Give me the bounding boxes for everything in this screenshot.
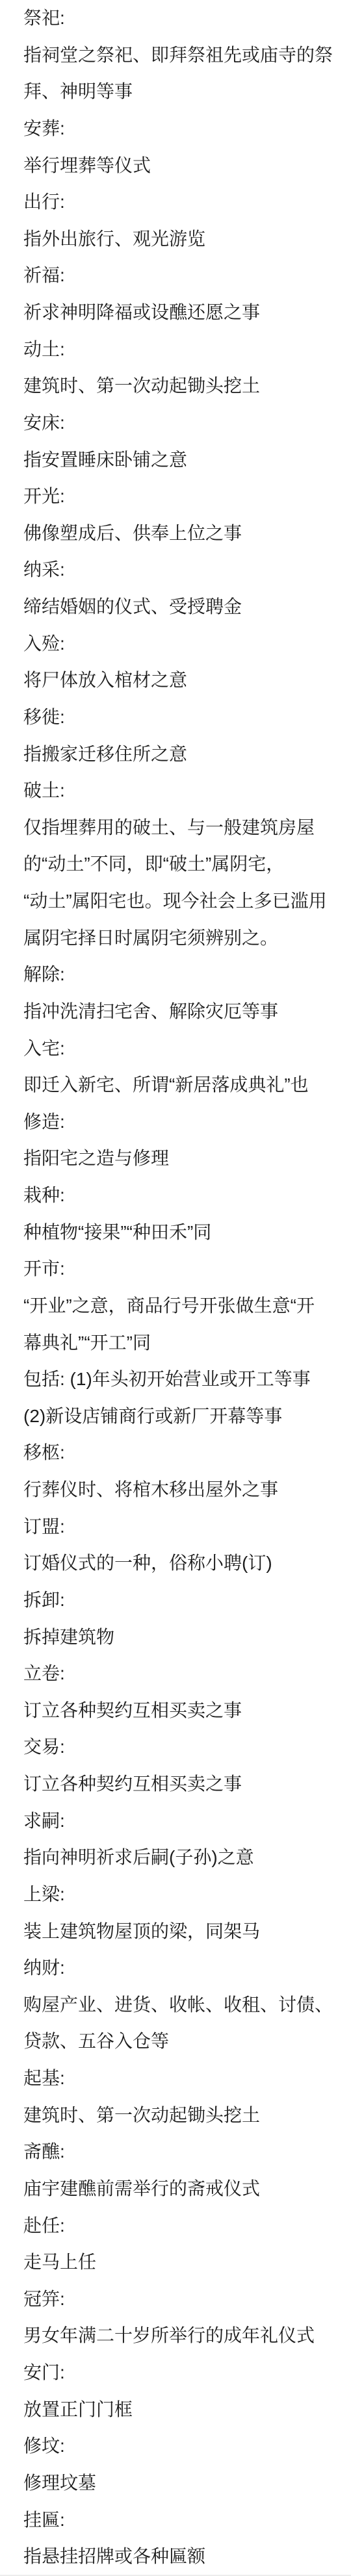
glossary-definition-line: 即迁入新宅、所谓“新居落成典礼”也 bbox=[0, 1067, 351, 1104]
glossary-entry: 移徙:指搬家迁移住所之意 bbox=[0, 699, 351, 772]
glossary-term: 冠笄: bbox=[0, 2281, 351, 2318]
glossary-definition-line: 仅指埋葬用的破土、与一般建筑房屋 bbox=[0, 810, 351, 847]
glossary-term: 求嗣: bbox=[0, 1803, 351, 1840]
glossary-term: 上梁: bbox=[0, 1876, 351, 1913]
glossary-definition-line: 指安置睡床卧铺之意 bbox=[0, 442, 351, 479]
glossary-definition-line: 指冲洗清扫宅舍、解除灾厄等事 bbox=[0, 993, 351, 1030]
glossary-term: 移徙: bbox=[0, 699, 351, 736]
glossary-definition-line: 行葬仪时、将棺木移出屋外之事 bbox=[0, 1472, 351, 1509]
glossary-definition-line: 订立各种契约互相买卖之事 bbox=[0, 1766, 351, 1803]
glossary-entry: 破土:仅指埋葬用的破土、与一般建筑房屋的“动土”不同，即“破土”属阴宅，“动土”… bbox=[0, 772, 351, 956]
glossary-entry: 开市:“开业”之意，商品行号开张做生意“开幕典礼”“开工”同包括: (1)年头初… bbox=[0, 1251, 351, 1435]
glossary-entry: 订盟:订婚仪式的一种，俗称小聘(订) bbox=[0, 1509, 351, 1582]
glossary-entry: 修坟:修理坟墓 bbox=[0, 2428, 351, 2501]
glossary-definition-line: 订立各种契约互相买卖之事 bbox=[0, 1692, 351, 1729]
glossary-definition-line: “开业”之意，商品行号开张做生意“开 bbox=[0, 1288, 351, 1325]
glossary-term: 修造: bbox=[0, 1104, 351, 1141]
glossary-definition-line: 指悬挂招牌或各种匾额 bbox=[0, 2538, 351, 2575]
glossary-definition-line: 拜、神明等事 bbox=[0, 73, 351, 110]
glossary-entry: 祈福:祈求神明降福或设醮还愿之事 bbox=[0, 257, 351, 331]
glossary-term: 安床: bbox=[0, 405, 351, 442]
glossary-definition-line: 的“动土”不同，即“破土”属阴宅， bbox=[0, 846, 351, 883]
glossary-entry: 祭祀:指祠堂之祭祀、即拜祭祖先或庙寺的祭拜、神明等事 bbox=[0, 0, 351, 110]
glossary-entry: 冠笄:男女年满二十岁所举行的成年礼仪式 bbox=[0, 2281, 351, 2354]
glossary-definition-line: 放置正门门框 bbox=[0, 2391, 351, 2429]
glossary-entry: 出行:指外出旅行、观光游览 bbox=[0, 184, 351, 257]
glossary-term: 安葬: bbox=[0, 110, 351, 147]
glossary-definition-line: 指搬家迁移住所之意 bbox=[0, 736, 351, 773]
glossary-definition-line: 佛像塑成后、供奉上位之事 bbox=[0, 515, 351, 552]
glossary-term: 祈福: bbox=[0, 257, 351, 294]
glossary-term: 安门: bbox=[0, 2354, 351, 2391]
glossary-entry: 纳采:缔结婚姻的仪式、受授聘金 bbox=[0, 552, 351, 625]
glossary-entry: 修造:指阳宅之造与修理 bbox=[0, 1104, 351, 1177]
glossary-definition-line: 属阴宅择日时属阴宅须辨别之。 bbox=[0, 920, 351, 957]
glossary-definition-line: 建筑时、第一次动起锄头挖土 bbox=[0, 2097, 351, 2134]
glossary-definition-line: 购屋产业、进货、收帐、收租、讨债、 bbox=[0, 1987, 351, 2024]
glossary-list: 祭祀:指祠堂之祭祀、即拜祭祖先或庙寺的祭拜、神明等事安葬:举行埋葬等仪式出行:指… bbox=[0, 0, 351, 2575]
glossary-entry: 赴任:走马上任 bbox=[0, 2208, 351, 2281]
glossary-entry: 解除:指冲洗清扫宅舍、解除灾厄等事 bbox=[0, 956, 351, 1030]
glossary-entry: 拆卸:拆掉建筑物 bbox=[0, 1582, 351, 1655]
glossary-entry: 入殓:将尸体放入棺材之意 bbox=[0, 626, 351, 699]
glossary-term: 移柩: bbox=[0, 1435, 351, 1472]
glossary-definition-line: 包括: (1)年头初开始营业或开工等事 bbox=[0, 1361, 351, 1398]
glossary-entry: 开光:佛像塑成后、供奉上位之事 bbox=[0, 478, 351, 552]
glossary-definition-line: 装上建筑物屋顶的梁，同架马 bbox=[0, 1913, 351, 1950]
glossary-definition-line: 幕典礼”“开工”同 bbox=[0, 1325, 351, 1362]
glossary-term: 挂匾: bbox=[0, 2502, 351, 2539]
glossary-definition-line: 男女年满二十岁所举行的成年礼仪式 bbox=[0, 2317, 351, 2354]
glossary-definition-line: 建筑时、第一次动起锄头挖土 bbox=[0, 368, 351, 405]
glossary-term: 开光: bbox=[0, 478, 351, 515]
glossary-term: 栽种: bbox=[0, 1177, 351, 1214]
glossary-definition-line: 种植物“接果”“种田禾”同 bbox=[0, 1214, 351, 1251]
glossary-term: 交易: bbox=[0, 1729, 351, 1766]
glossary-entry: 动土:建筑时、第一次动起锄头挖土 bbox=[0, 331, 351, 405]
glossary-entry: 斋醮:庙宇建醮前需举行的斋戒仪式 bbox=[0, 2134, 351, 2207]
glossary-definition-line: 指外出旅行、观光游览 bbox=[0, 221, 351, 258]
glossary-term: 纳财: bbox=[0, 1950, 351, 1987]
glossary-entry: 上梁:装上建筑物屋顶的梁，同架马 bbox=[0, 1876, 351, 1950]
glossary-term: 入殓: bbox=[0, 626, 351, 663]
glossary-entry: 挂匾:指悬挂招牌或各种匾额 bbox=[0, 2502, 351, 2575]
glossary-entry: 入宅:即迁入新宅、所谓“新居落成典礼”也 bbox=[0, 1030, 351, 1104]
glossary-term: 订盟: bbox=[0, 1509, 351, 1546]
glossary-entry: 移柩:行葬仪时、将棺木移出屋外之事 bbox=[0, 1435, 351, 1508]
glossary-term: 开市: bbox=[0, 1251, 351, 1288]
glossary-entry: 安床:指安置睡床卧铺之意 bbox=[0, 405, 351, 478]
glossary-term: 赴任: bbox=[0, 2208, 351, 2245]
glossary-definition-line: 指阳宅之造与修理 bbox=[0, 1140, 351, 1177]
glossary-entry: 立卷:订立各种契约互相买卖之事 bbox=[0, 1655, 351, 1729]
glossary-entry: 安门:放置正门门框 bbox=[0, 2354, 351, 2428]
glossary-term: 起基: bbox=[0, 2060, 351, 2097]
glossary-entry: 求嗣:指向神明祈求后嗣(子孙)之意 bbox=[0, 1803, 351, 1876]
glossary-definition-line: 指向神明祈求后嗣(子孙)之意 bbox=[0, 1839, 351, 1876]
glossary-term: 修坟: bbox=[0, 2428, 351, 2465]
glossary-term: 纳采: bbox=[0, 552, 351, 589]
glossary-definition-line: (2)新设店铺商行或新厂开幕等事 bbox=[0, 1398, 351, 1435]
glossary-page: 祭祀:指祠堂之祭祀、即拜祭祖先或庙寺的祭拜、神明等事安葬:举行埋葬等仪式出行:指… bbox=[0, 0, 351, 2576]
glossary-definition-line: 指祠堂之祭祀、即拜祭祖先或庙寺的祭 bbox=[0, 37, 351, 74]
glossary-term: 斋醮: bbox=[0, 2134, 351, 2171]
glossary-definition-line: 祈求神明降福或设醮还愿之事 bbox=[0, 294, 351, 331]
glossary-term: 出行: bbox=[0, 184, 351, 221]
glossary-definition-line: 将尸体放入棺材之意 bbox=[0, 662, 351, 699]
glossary-term: 动土: bbox=[0, 331, 351, 368]
glossary-definition-line: 举行埋葬等仪式 bbox=[0, 147, 351, 185]
glossary-definition-line: 拆掉建筑物 bbox=[0, 1619, 351, 1656]
glossary-definition-line: 贷款、五谷入仓等 bbox=[0, 2023, 351, 2060]
glossary-definition-line: “动土”属阳宅也。现今社会上多已滥用 bbox=[0, 883, 351, 920]
glossary-term: 立卷: bbox=[0, 1655, 351, 1692]
glossary-term: 拆卸: bbox=[0, 1582, 351, 1619]
glossary-entry: 起基:建筑时、第一次动起锄头挖土 bbox=[0, 2060, 351, 2134]
glossary-term: 解除: bbox=[0, 956, 351, 993]
glossary-definition-line: 订婚仪式的一种，俗称小聘(订) bbox=[0, 1545, 351, 1582]
glossary-term: 入宅: bbox=[0, 1030, 351, 1067]
glossary-definition-line: 修理坟墓 bbox=[0, 2465, 351, 2502]
glossary-definition-line: 缔结婚姻的仪式、受授聘金 bbox=[0, 589, 351, 626]
glossary-entry: 交易:订立各种契约互相买卖之事 bbox=[0, 1729, 351, 1802]
glossary-entry: 栽种:种植物“接果”“种田禾”同 bbox=[0, 1177, 351, 1251]
glossary-term: 祭祀: bbox=[0, 0, 351, 37]
glossary-definition-line: 庙宇建醮前需举行的斋戒仪式 bbox=[0, 2171, 351, 2208]
glossary-definition-line: 走马上任 bbox=[0, 2244, 351, 2281]
glossary-entry: 安葬:举行埋葬等仪式 bbox=[0, 110, 351, 184]
glossary-term: 破土: bbox=[0, 772, 351, 810]
glossary-entry: 纳财:购屋产业、进货、收帐、收租、讨债、贷款、五谷入仓等 bbox=[0, 1950, 351, 2060]
